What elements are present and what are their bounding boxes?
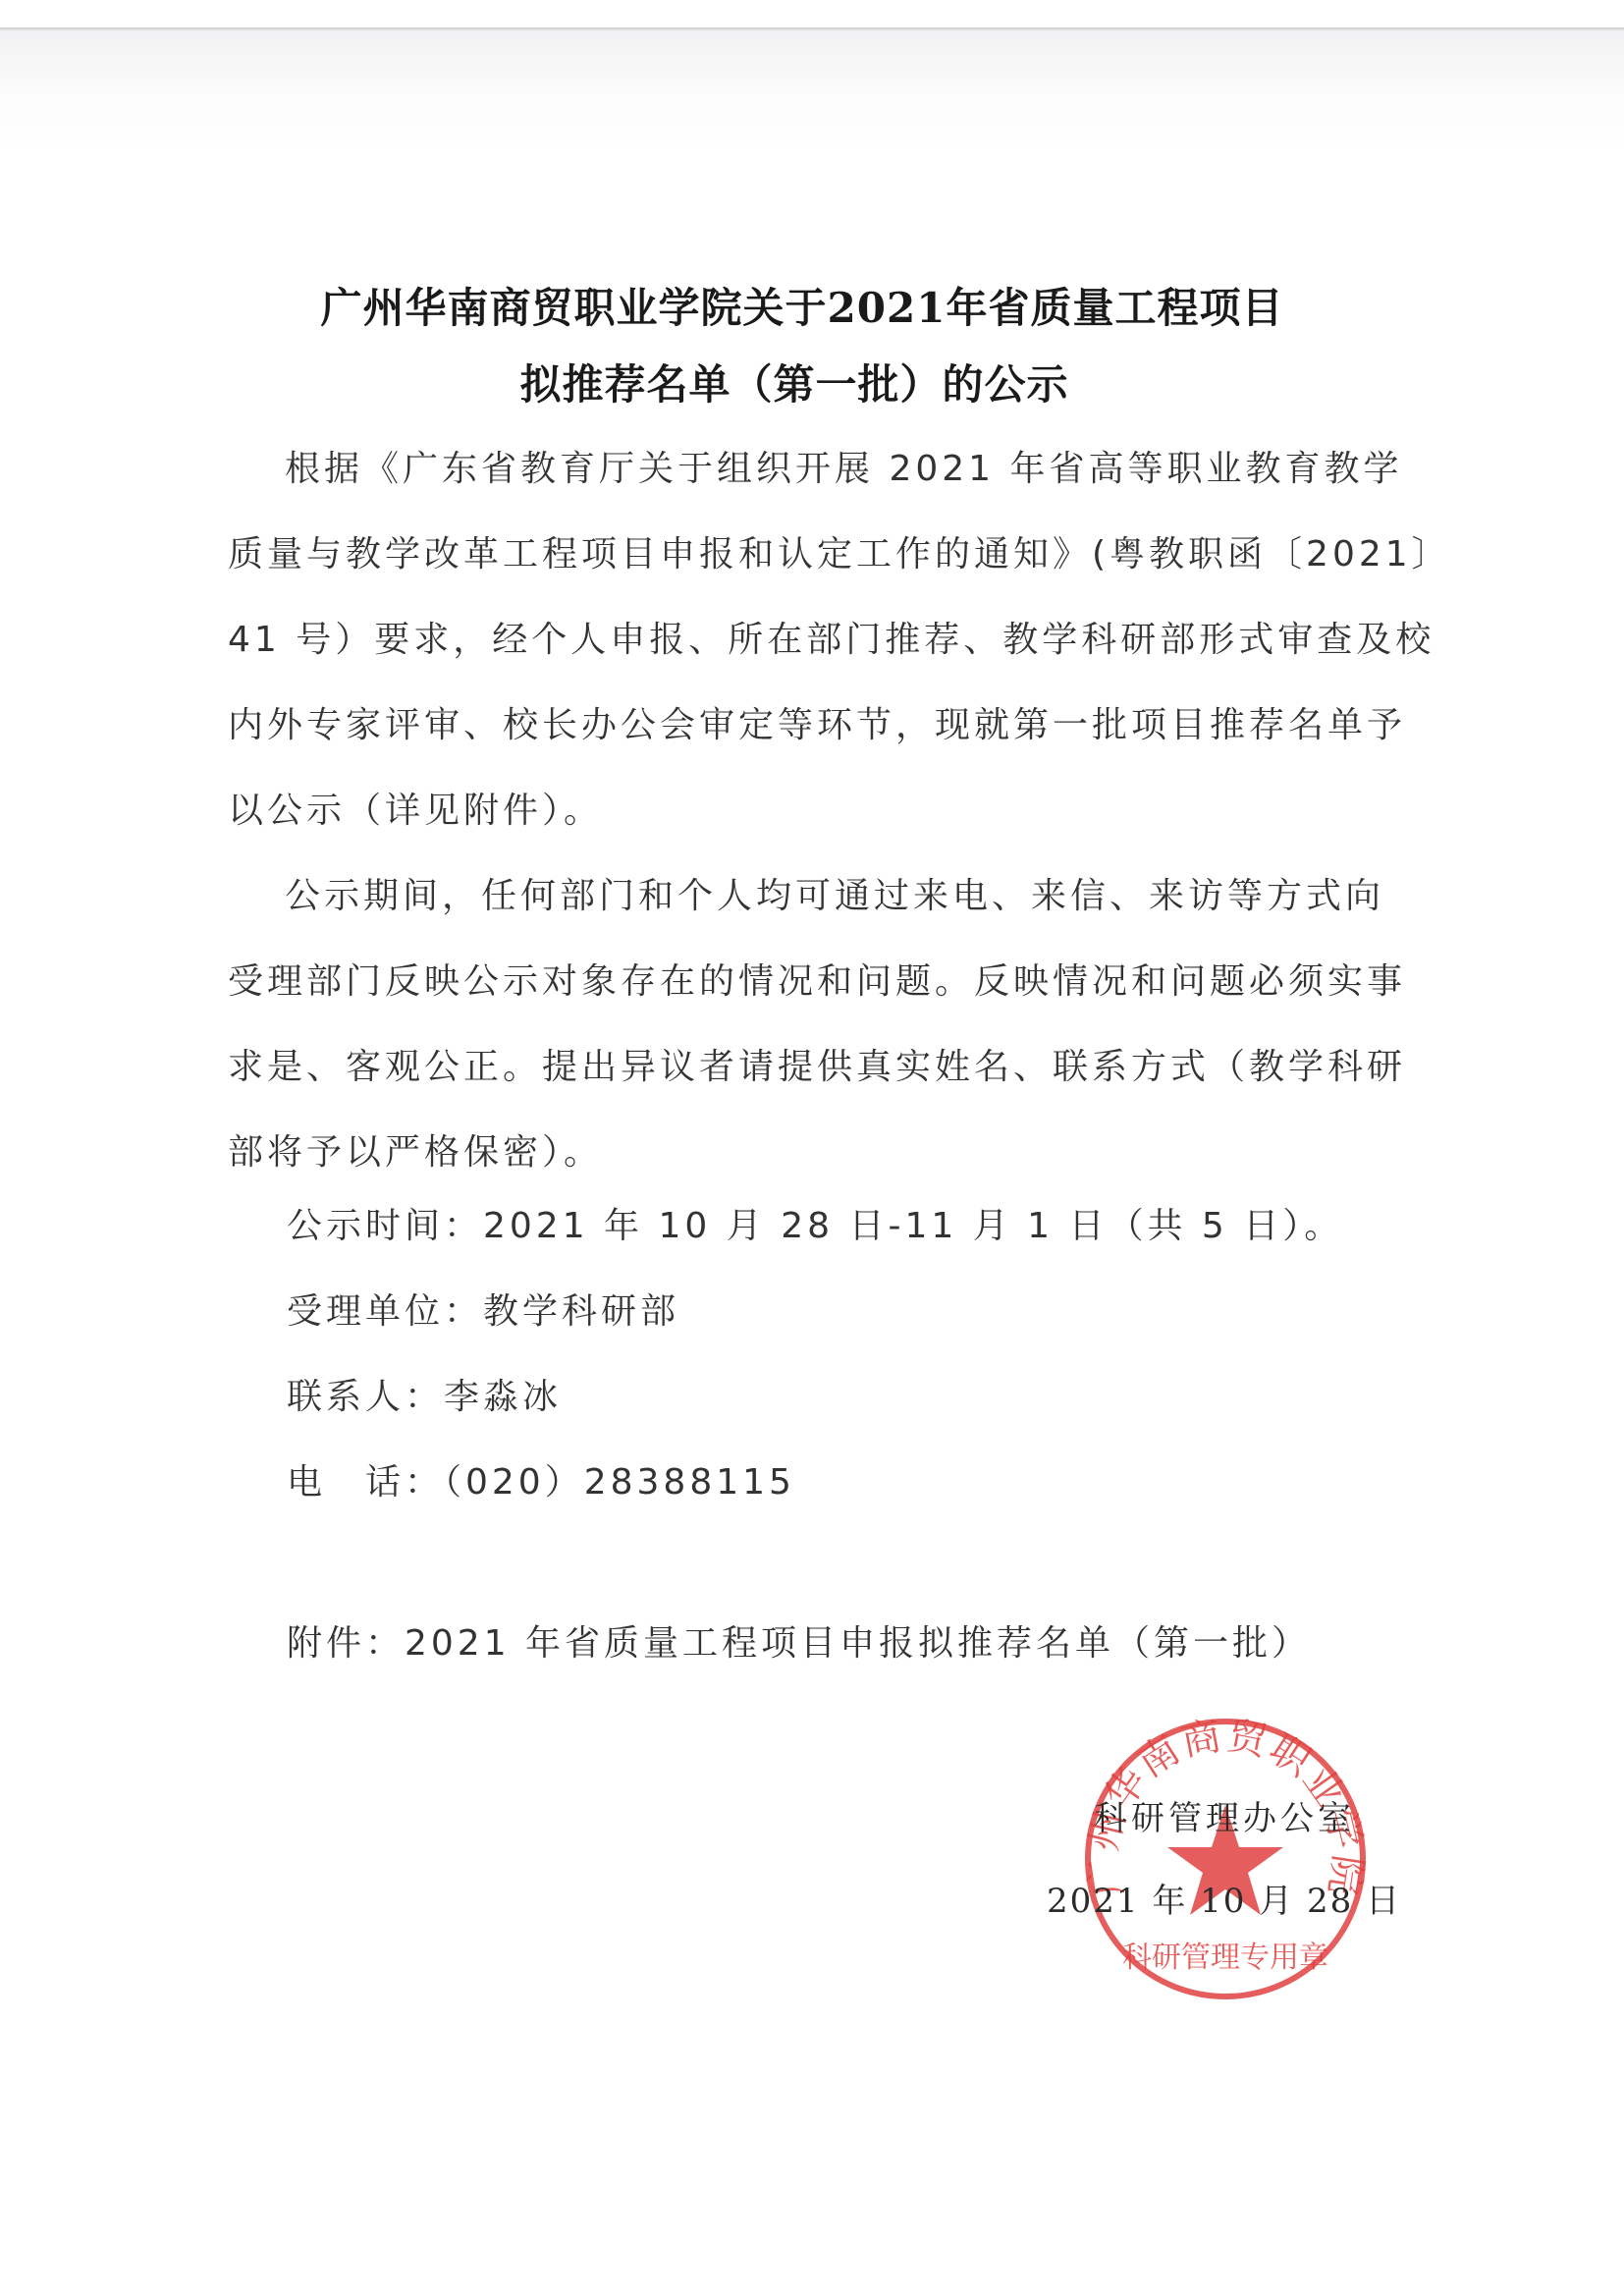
- issue-date: 2021 年 10 月 28 日: [1047, 1874, 1401, 1922]
- paragraph-2-line-1: 公示期间，任何部门和个人均可通过来电、来信、来访等方式向: [285, 868, 1384, 918]
- paragraph-2-line-4: 部将予以严格保密）。: [228, 1124, 603, 1175]
- paragraph-1-line-4: 内外专家评审、校长办公会审定等环节，现就第一批项目推荐名单予: [228, 697, 1406, 747]
- attachment-link[interactable]: 附件：2021 年省质量工程项目申报拟推荐名单（第一批）: [287, 1615, 1311, 1666]
- official-seal: 广州华南商贸职业学院 科研管理专用章: [1078, 1712, 1373, 2006]
- document-title-line-2: 拟推荐名单（第一批）的公示: [0, 353, 1606, 411]
- contact-person: 联系人：李淼冰: [287, 1369, 562, 1419]
- paragraph-1-line-3: 41 号）要求，经个人申报、所在部门推荐、教学科研部形式审查及校: [228, 612, 1435, 662]
- issuing-office: 科研管理办公室: [1094, 1791, 1355, 1839]
- publicity-period: 公示时间：2021 年 10 月 28 日-11 月 1 日（共 5 日）。: [287, 1198, 1343, 1248]
- paragraph-1-line-5: 以公示（详见附件）。: [228, 783, 603, 833]
- scan-margin: [0, 0, 1624, 29]
- paragraph-2-line-2: 受理部门反映公示对象存在的情况和问题。反映情况和问题必须实事: [228, 954, 1406, 1004]
- seal-bottom-text: 科研管理专用章: [1122, 1941, 1328, 1975]
- document-page: 广州华南商贸职业学院关于2021年省质量工程项目 拟推荐名单（第一批）的公示 根…: [0, 30, 1624, 2296]
- accepting-unit: 受理单位：教学科研部: [287, 1284, 679, 1334]
- paragraph-1-line-2: 质量与教学改革工程项目申报和认定工作的通知》(粤教职函〔2021〕: [228, 526, 1451, 576]
- paragraph-2-line-3: 求是、客观公正。提出异议者请提供真实姓名、联系方式（教学科研: [228, 1039, 1406, 1089]
- paragraph-1-line-1: 根据《广东省教育厅关于组织开展 2021 年省高等职业教育教学: [285, 441, 1403, 491]
- contact-phone: 电 话：（020）28388115: [287, 1454, 795, 1504]
- document-title-line-1: 广州华南商贸职业学院关于2021年省质量工程项目: [0, 276, 1614, 335]
